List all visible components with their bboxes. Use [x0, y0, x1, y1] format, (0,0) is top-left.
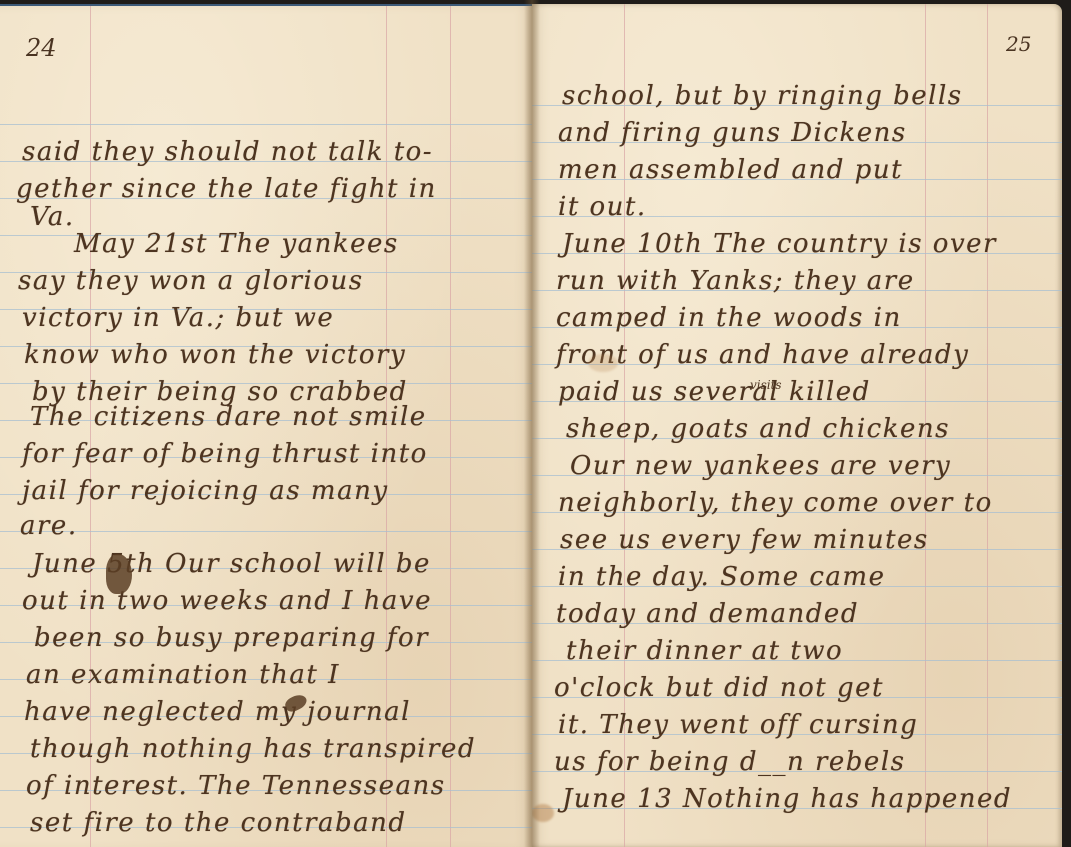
ruled-line [0, 124, 532, 125]
text-line: men assembled and put [532, 152, 1062, 189]
text-line: The citizens dare not smile [0, 399, 532, 436]
text-line: o'clock but did not get [532, 670, 1062, 707]
text-line: their dinner at two [532, 633, 1062, 670]
text-line: it. They went off cursing [532, 707, 1062, 744]
book-gutter [524, 0, 540, 847]
text-line: paid us several killed [532, 374, 1062, 411]
text-line: of interest. The Tennesseans [0, 768, 532, 805]
text-line: Our new yankees are very [532, 448, 1062, 485]
text-line: out in two weeks and I have [0, 583, 532, 620]
diary-spread: 24 said they should not talk to- gether … [0, 0, 1071, 847]
text-line: and firing guns Dickens [532, 115, 1062, 152]
text-line: June 5th Our school will be [0, 546, 532, 583]
page-number: 25 [1006, 32, 1031, 56]
text-line: sheep, goats and chickens [532, 411, 1062, 448]
text-line: have neglected my journal [0, 694, 532, 731]
text-line: jail for rejoicing as many [0, 473, 532, 510]
text-line: today and demanded [532, 596, 1062, 633]
insertion-note: visits [750, 378, 782, 392]
text-line: see us every few minutes [532, 522, 1062, 559]
text-line: run with Yanks; they are [532, 263, 1062, 300]
text-line: are. [0, 508, 532, 545]
paper-stain [588, 354, 618, 372]
text-line: in the day. Some came [532, 559, 1062, 596]
text-line: June 10th The country is over [532, 226, 1062, 263]
text-line: say they won a glorious [0, 263, 532, 300]
text-line: know who won the victory [0, 337, 532, 374]
text-line: it out. [532, 189, 1062, 226]
text-line: said they should not talk to- [0, 134, 532, 171]
left-page: 24 said they should not talk to- gether … [0, 4, 532, 847]
text-line: set fire to the contraband [0, 805, 532, 842]
text-line: been so busy preparing for [0, 620, 532, 657]
text-line: us for being d__n rebels [532, 744, 1062, 781]
text-line: neighborly, they come over to [532, 485, 1062, 522]
text-line: victory in Va.; but we [0, 300, 532, 337]
text-line: an examination that I [0, 657, 532, 694]
right-page: 25 school, but by ringing bells and firi… [532, 4, 1062, 847]
text-line: May 21st The yankees [0, 226, 532, 263]
text-line: June 13 Nothing has happened [532, 781, 1062, 818]
text-line: camped in the woods in [532, 300, 1062, 337]
text-line: for fear of being thrust into [0, 436, 532, 473]
ink-blot [106, 554, 132, 594]
text-line: school, but by ringing bells [532, 78, 1062, 115]
text-line: though nothing has transpired [0, 731, 532, 768]
page-number: 24 [26, 34, 57, 62]
